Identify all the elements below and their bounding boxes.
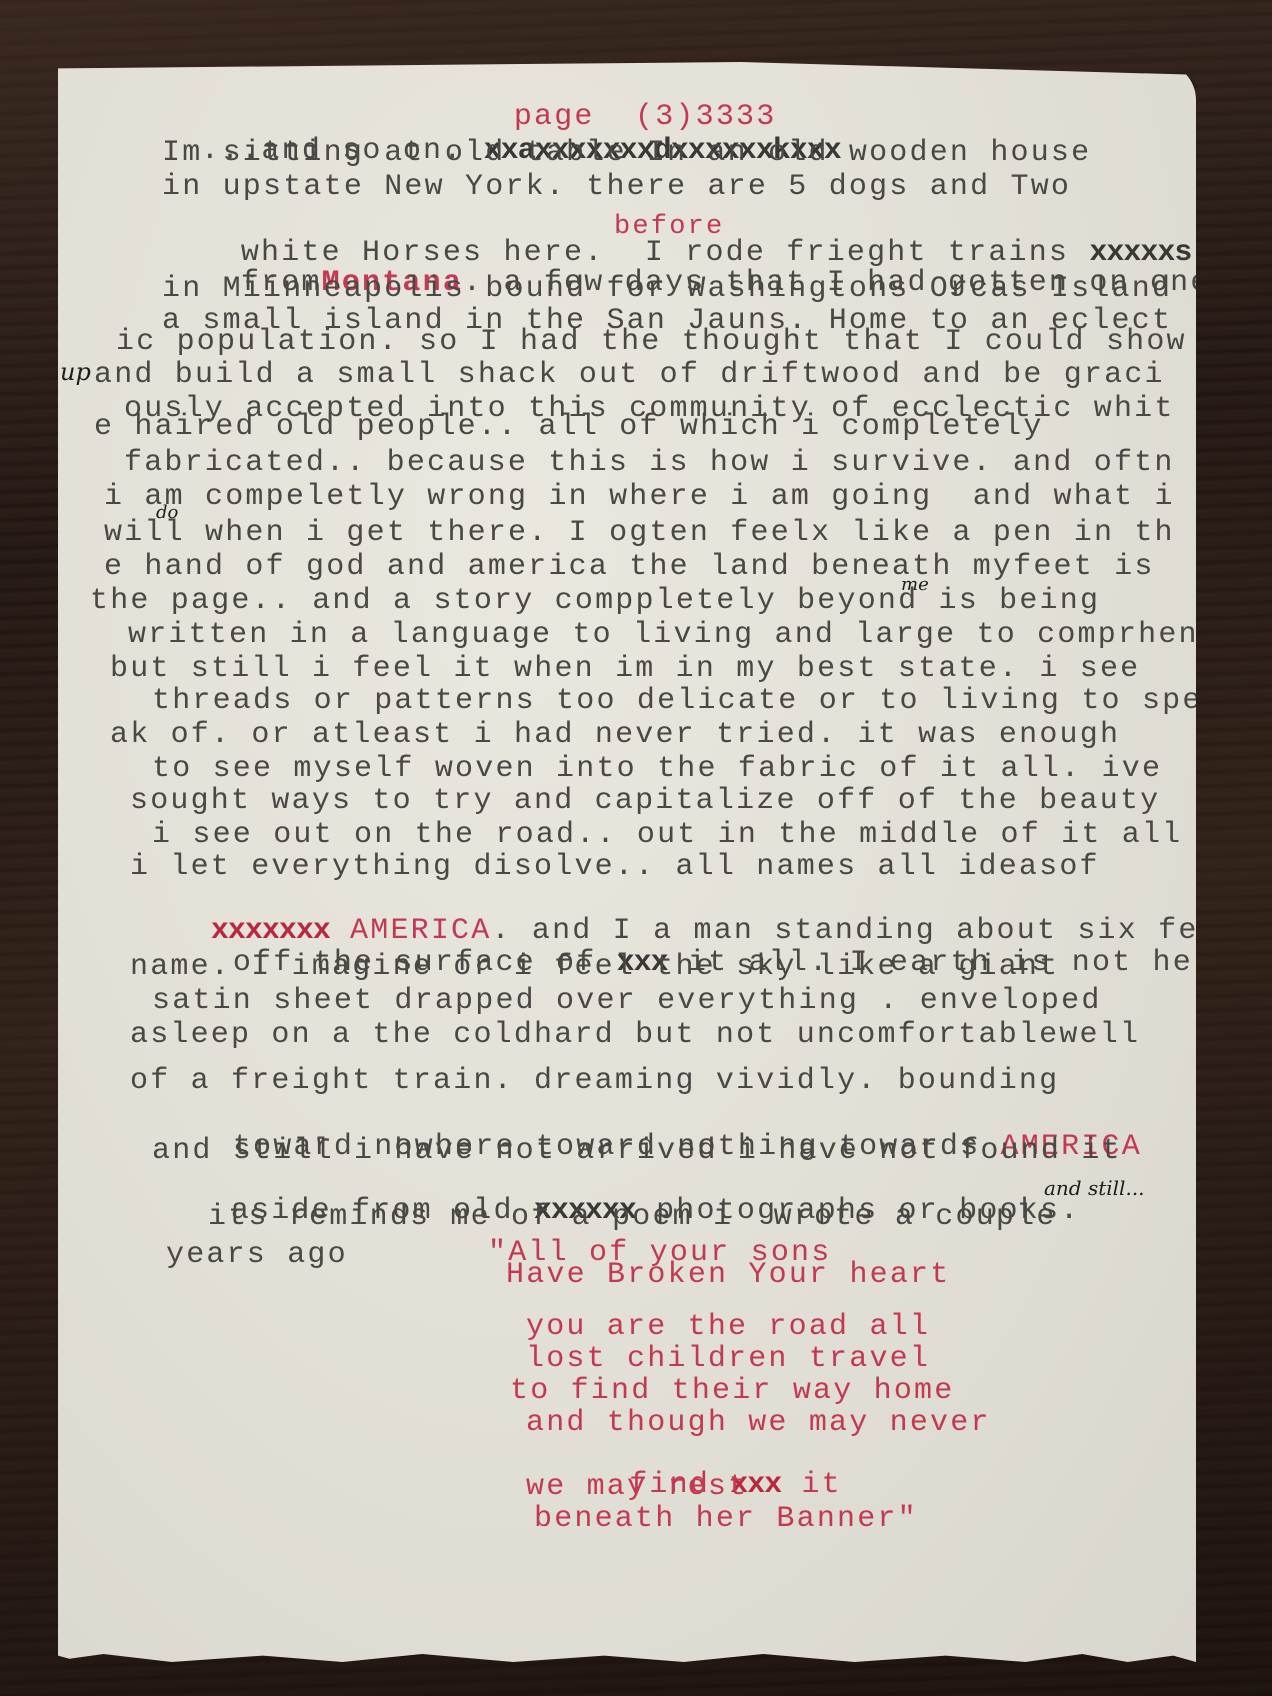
text-line: i see out on the road.. out in the middl…	[152, 820, 1182, 850]
text-line: its reminds me of a poem i wrote a coupl…	[208, 1202, 1057, 1232]
text-line: the page.. and a story comppletely beyon…	[90, 586, 1100, 616]
text-line: will when i get there. I ogten feelx lik…	[104, 518, 1175, 548]
text-line: i am compeletly wrong in where i am goin…	[104, 482, 1175, 512]
poem-line: we may rest	[526, 1472, 748, 1502]
text-line: sought ways to try and capitalize off of…	[130, 786, 1160, 816]
text-line: but still i feel it when im in my best s…	[110, 654, 1140, 684]
poem-title-line-2: Have Broken Your heart	[506, 1260, 950, 1290]
text-line: e hand of god and america the land benea…	[104, 552, 1155, 582]
text-line: written in a language to living and larg…	[128, 620, 1219, 650]
text-line: Im sitting at old table In an old wooden…	[162, 138, 1091, 168]
poem-line: to find their way home	[510, 1376, 954, 1406]
handwritten-and-still: and still...	[1044, 1176, 1145, 1200]
poem-line: and though we may never	[526, 1408, 991, 1438]
text-line: years ago	[166, 1240, 348, 1270]
text-line: in Miinneapolis bound for Washingtons Or…	[162, 274, 1172, 304]
text-line: to see myself woven into the fabric of i…	[152, 754, 1162, 784]
poem-line: you are the road all	[526, 1312, 930, 1342]
text-line: ak of. or atleast i had never tried. it …	[110, 720, 1120, 750]
text-line: asleep on a the coldhard but not uncomfo…	[130, 1020, 1140, 1050]
text-line: in upstate New York. there are 5 dogs an…	[162, 172, 1071, 202]
text-line: of a freight train. dreaming vividly. bo…	[130, 1066, 1059, 1096]
typewritten-page: page (3)3333 ...and so on. xxaxxxxxxxdxx…	[58, 62, 1196, 1662]
text-line: e haired old people.. all of which i com…	[94, 412, 1044, 442]
text-line: ic population. so I had the thought that…	[116, 327, 1187, 357]
poem-line: beneath her Banner"	[534, 1504, 918, 1534]
text-line: and still i have not arrived i have not …	[152, 1136, 1122, 1166]
text-line: and build a small shack out of driftwood…	[94, 360, 1165, 390]
inserted-word-before: before	[614, 214, 724, 241]
text-line: name. I imagine or i feel the sky like a…	[130, 952, 1059, 982]
text-line: i let everything disolve.. all names all…	[130, 852, 1100, 882]
text-line: threads or patterns too delicate or to l…	[152, 686, 1203, 716]
handwritten-up: up	[60, 358, 91, 386]
poem-line: lost children travel	[526, 1344, 930, 1374]
text-line: fabricated.. because this is how i survi…	[124, 448, 1175, 478]
text-line: satin sheet drapped over everything . en…	[152, 986, 1102, 1016]
